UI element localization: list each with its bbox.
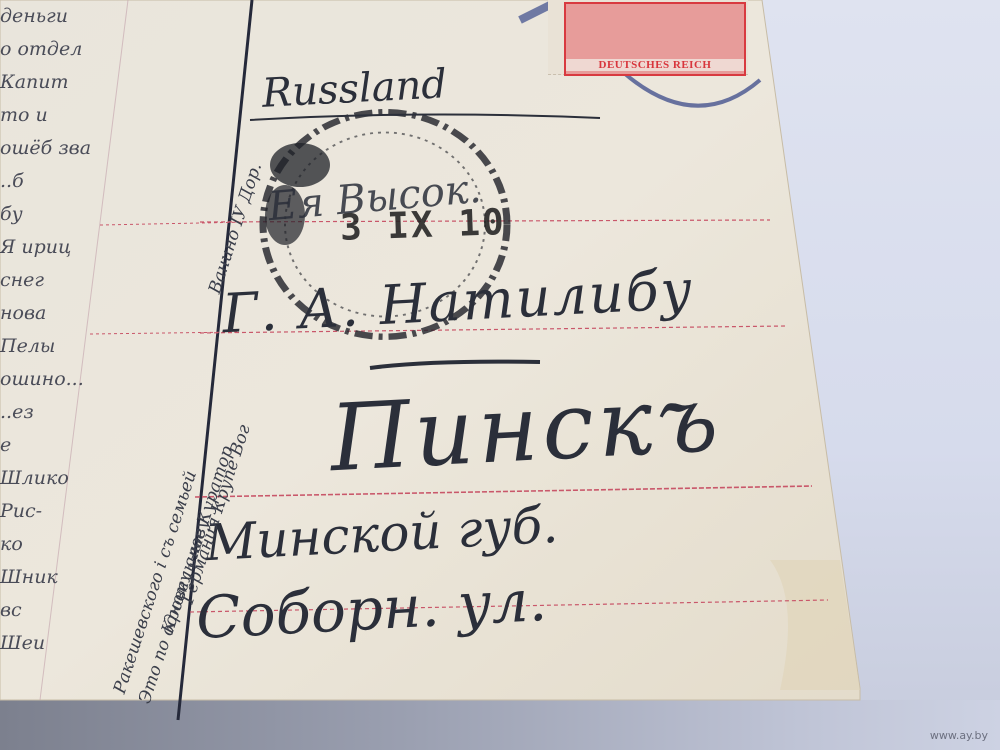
message-line: бу bbox=[0, 198, 91, 231]
message-line: е bbox=[0, 429, 91, 462]
message-line: Я ириц bbox=[0, 231, 91, 264]
message-line: вс bbox=[0, 594, 91, 627]
message-line: нова bbox=[0, 297, 91, 330]
message-line: то и bbox=[0, 99, 91, 132]
message-line: деньги bbox=[0, 0, 91, 33]
message-line: Капит bbox=[0, 66, 91, 99]
stamp-label: DEUTSCHES REICH bbox=[566, 59, 744, 71]
watermark: www.ay.by bbox=[930, 729, 988, 742]
message-left-column: деньги о отдел Капит то и ошёб зва ..б б… bbox=[0, 0, 91, 660]
postcard: DEUTSCHES REICH 3 IX 10 Russland Ея Высо… bbox=[0, 0, 1000, 750]
message-line: ошино... bbox=[0, 363, 91, 396]
message-line: ..ез bbox=[0, 396, 91, 429]
address-city: Пинскъ bbox=[327, 365, 724, 492]
message-line: ..б bbox=[0, 165, 91, 198]
stamp-face: DEUTSCHES REICH bbox=[564, 2, 746, 76]
message-line: Пелы bbox=[0, 330, 91, 363]
message-line: Шник bbox=[0, 561, 91, 594]
address-country: Russland bbox=[261, 61, 448, 117]
message-line: Шеи bbox=[0, 627, 91, 660]
message-line: о отдел bbox=[0, 33, 91, 66]
postage-stamp: DEUTSCHES REICH bbox=[548, 0, 748, 75]
message-line: Шлико bbox=[0, 462, 91, 495]
message-line: ошёб зва bbox=[0, 132, 91, 165]
postcard-paper bbox=[0, 0, 1000, 750]
message-line: Рис- bbox=[0, 495, 91, 528]
message-line: ко bbox=[0, 528, 91, 561]
message-line: снег bbox=[0, 264, 91, 297]
